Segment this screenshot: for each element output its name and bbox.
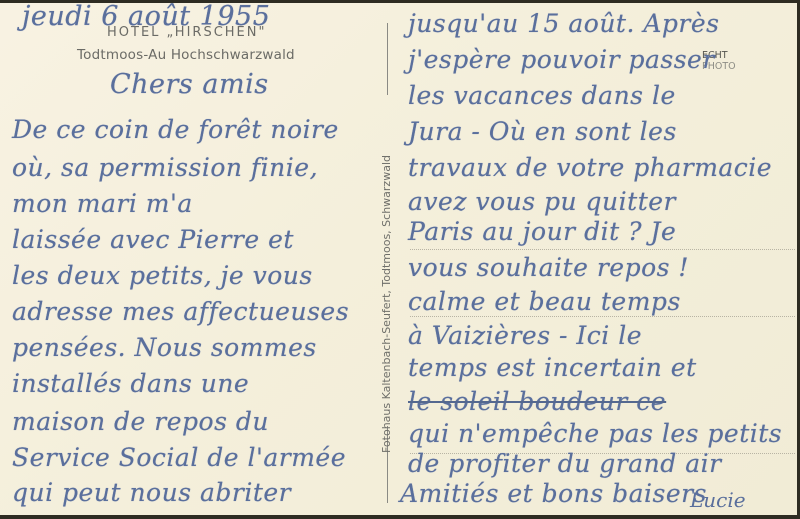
message-line: temps est incertain et [408,353,697,382]
message-line: Service Social de l'armée [12,443,346,472]
message-line: De ce coin de forêt noire [12,115,339,144]
message-line: vous souhaite repos ! [408,253,689,282]
postcard-back: HOTEL „HIRSCHEN" Todtmoos-Au Hochschwarz… [0,3,797,515]
address-line-2 [410,316,795,317]
message-line: pensées. Nous sommes [12,333,317,362]
message-line: maison de repos du [12,407,269,436]
handwritten-greeting: Chers amis [110,69,269,100]
message-line: calme et beau temps [408,287,681,316]
message-line: les deux petits, je vous [12,261,313,290]
message-line: adresse mes affectueuses [12,297,349,326]
signature: Lucie [690,488,746,512]
message-line: Jura - Où en sont les [408,117,677,146]
message-line: avez vous pu quitter [408,187,676,216]
publisher-credit: Fotohaus Kaltenbach-Seufert, Todtmoos, S… [380,155,393,453]
handwritten-date: jeudi 6 août 1955 [22,3,270,32]
message-line: j'espère pouvoir passer [408,45,715,74]
address-line-1 [410,249,795,250]
message-line: travaux de votre pharmacie [408,153,772,182]
message-line: de profiter du grand air [408,449,722,478]
message-line: à Vaizières - Ici le [408,321,642,350]
message-line: où, sa permission finie, [12,153,318,182]
center-divider-top [387,23,388,95]
message-line: installés dans une [12,369,249,398]
message-line: les vacances dans le [408,81,676,110]
message-line: qui peut nous abriter [12,478,291,507]
message-line: qui n'empêche pas les petits [408,419,782,448]
message-line: Paris au jour dit ? Je [408,217,676,246]
closing-line: Amitiés et bons baisers [400,479,707,508]
message-line: jusqu'au 15 août. Après [408,9,720,38]
message-line: mon mari m'a [12,189,193,218]
hotel-location: Todtmoos-Au Hochschwarzwald [77,47,295,63]
struck-line-text: le soleil boudeur ce [408,387,666,416]
message-line: laissée avec Pierre et [12,225,294,254]
message-line-struck: le soleil boudeur ce [408,387,666,416]
